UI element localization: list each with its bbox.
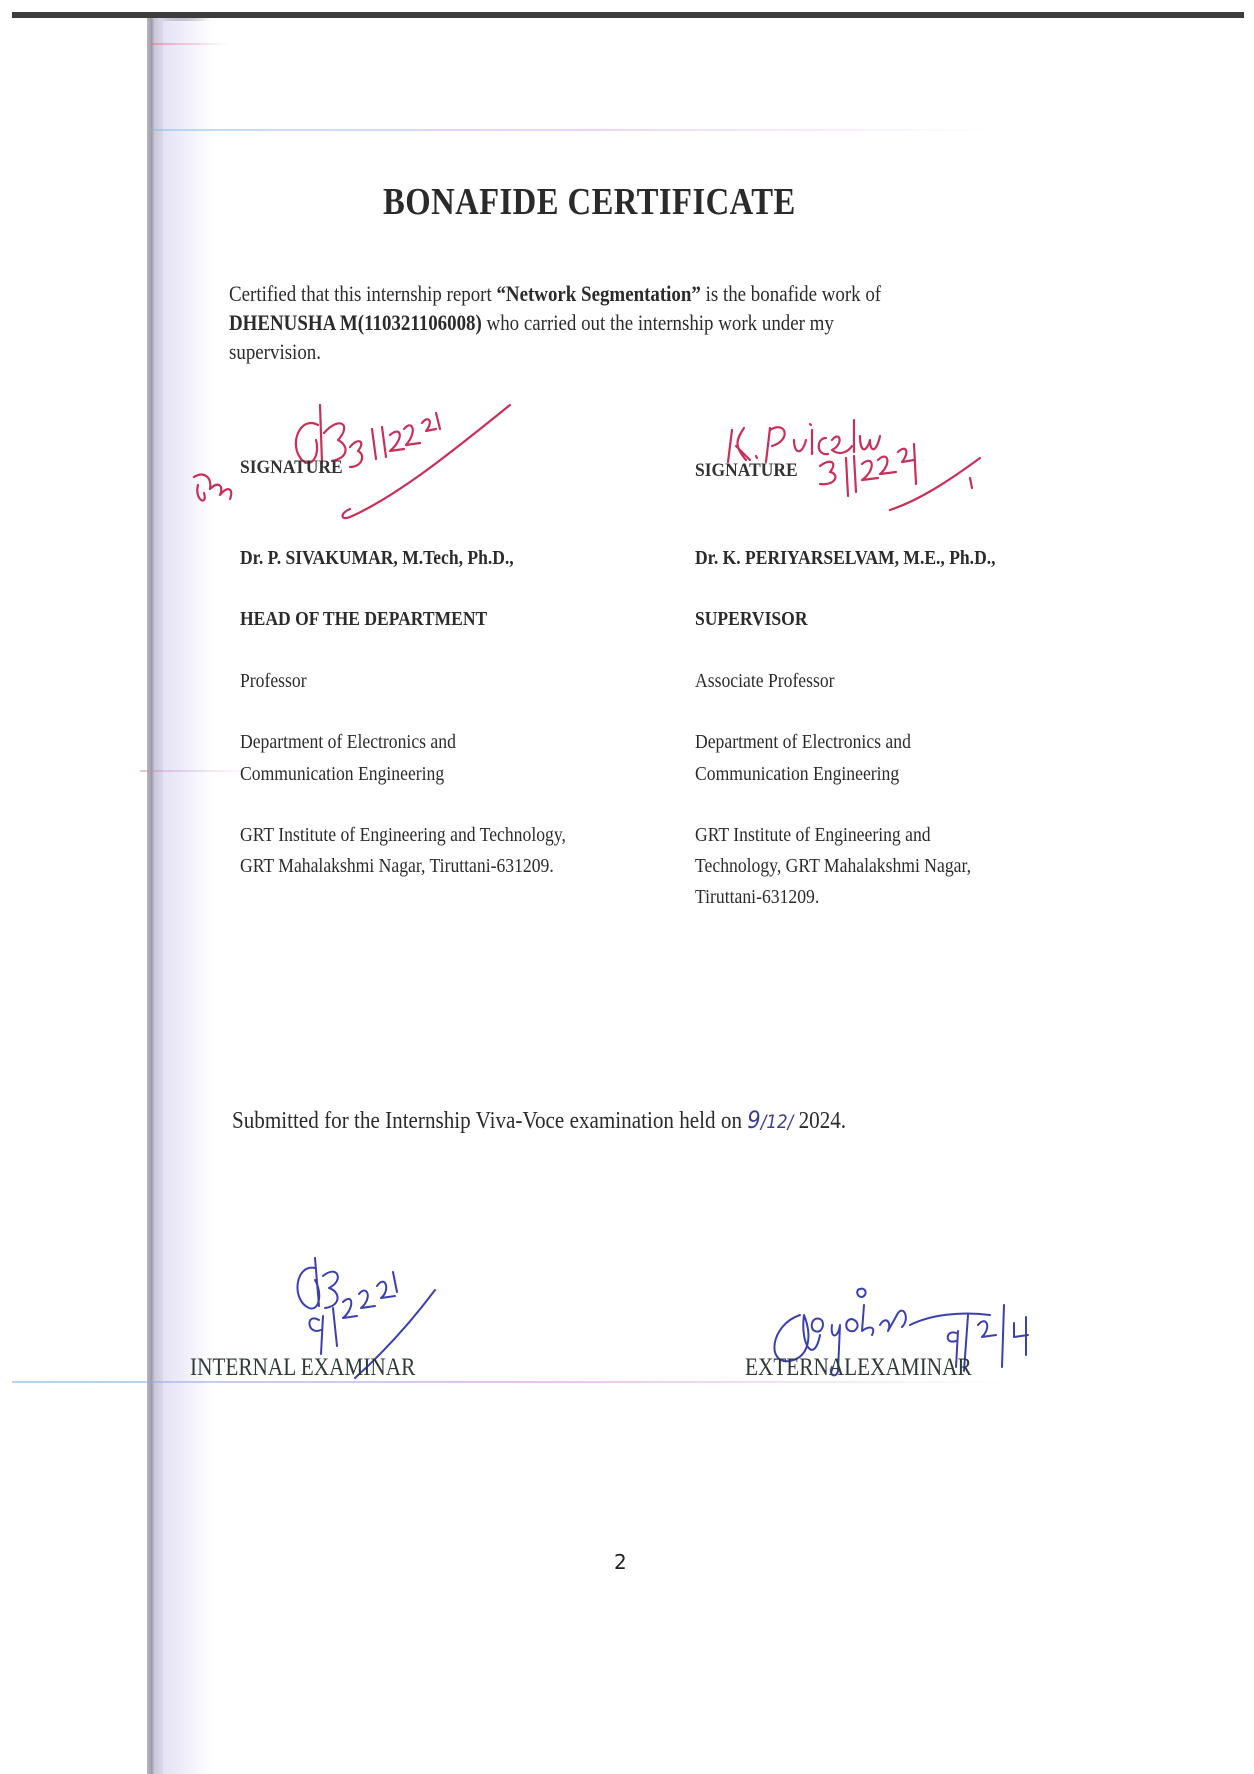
hod-institute-line-2: GRT Mahalakshmi Nagar, Tiruttani-631209. [240,855,605,878]
supervisor-institute-line-2: Technology, GRT Mahalakshmi Nagar, [695,855,1016,878]
internal-examiner-label: INTERNAL EXAMINAR [190,1354,455,1382]
supervisor-designation: Associate Professor [695,670,857,693]
handwritten-month: /12/ [761,1111,794,1133]
page-number: 2 [614,1550,627,1574]
scan-binding-edge [147,18,163,1774]
hod-department-text: Communication Engineering [240,763,444,786]
supervisor-institute-text: Tiruttani-631209. [695,886,819,909]
submission-year: 2024. [793,1108,846,1134]
certification-line-3: supervision. [229,339,336,365]
project-title: “Network Segmentation” [496,281,700,306]
supervisor-department-line-1: Department of Electronics and [695,731,946,754]
hod-department-line-2: Communication Engineering [240,763,477,786]
hod-signature-label: SIGNATURE [240,457,352,479]
scan-artifact-line [150,129,1000,131]
hod-name: Dr. P. SIVAKUMAR, M.Tech, Ph.D., [240,548,544,570]
supervisor-role: SUPERVISOR [695,609,820,631]
scan-binding-shadow [163,18,213,1774]
supervisor-role-text: SUPERVISOR [695,609,808,631]
hod-department-text: Department of Electronics and [240,731,456,754]
student-name-id: DHENUSHA M(110321106008) [229,310,482,335]
hod-role-text: HEAD OF THE DEPARTMENT [240,609,487,631]
hod-institute-text: GRT Institute of Engineering and Technol… [240,824,566,847]
certification-text: who carried out the internship work unde… [482,310,834,335]
certification-line-1: Certified that this internship report “N… [229,281,987,307]
submission-statement: Submitted for the Internship Viva-Voce e… [232,1106,930,1135]
supervisor-department-text: Communication Engineering [695,763,899,786]
hod-department-line-1: Department of Electronics and [240,731,491,754]
hod-signature [190,385,530,525]
supervisor-institute-line-3: Tiruttani-631209. [695,886,839,909]
certification-text: is the bonafide work of [701,281,881,306]
certification-line-2: DHENUSHA M(110321106008) who carried out… [229,310,932,336]
supervisor-name: Dr. K. PERIYARSELVAM, M.E., Ph.D., [695,548,1029,570]
supervisor-institute-text: Technology, GRT Mahalakshmi Nagar, [695,855,971,878]
external-examiner-label: EXTERNALEXAMINAR [745,1354,1012,1382]
page-title: BONAFIDE CERTIFICATE [383,180,863,224]
scan-artifact-line [150,43,230,45]
supervisor-institute-text: GRT Institute of Engineering and [695,824,931,847]
supervisor-name-text: Dr. K. PERIYARSELVAM, M.E., Ph.D., [695,548,996,570]
hod-designation: Professor [240,670,317,693]
supervisor-institute-line-1: GRT Institute of Engineering and [695,824,969,847]
external-examiner-text: EXTERNALEXAMINAR [745,1354,972,1382]
submission-text: Submitted for the Internship Viva-Voce e… [232,1108,747,1134]
hod-designation-text: Professor [240,670,307,693]
signature-label-text: SIGNATURE [240,457,343,479]
hod-name-text: Dr. P. SIVAKUMAR, M.Tech, Ph.D., [240,548,514,570]
hod-institute-line-1: GRT Institute of Engineering and Technol… [240,824,619,847]
handwritten-day: 9 [747,1106,760,1134]
certification-text: supervision. [229,339,321,365]
signature-label-text: SIGNATURE [695,460,798,482]
supervisor-designation-text: Associate Professor [695,670,835,693]
hod-role: HEAD OF THE DEPARTMENT [240,609,515,631]
supervisor-department-line-2: Communication Engineering [695,763,932,786]
supervisor-department-text: Department of Electronics and [695,731,911,754]
supervisor-signature-label: SIGNATURE [695,460,807,482]
hod-institute-text: GRT Mahalakshmi Nagar, Tiruttani-631209. [240,855,554,878]
title-text: BONAFIDE CERTIFICATE [383,180,796,224]
certification-text: Certified that this internship report [229,281,496,306]
internal-examiner-text: INTERNAL EXAMINAR [190,1354,415,1382]
